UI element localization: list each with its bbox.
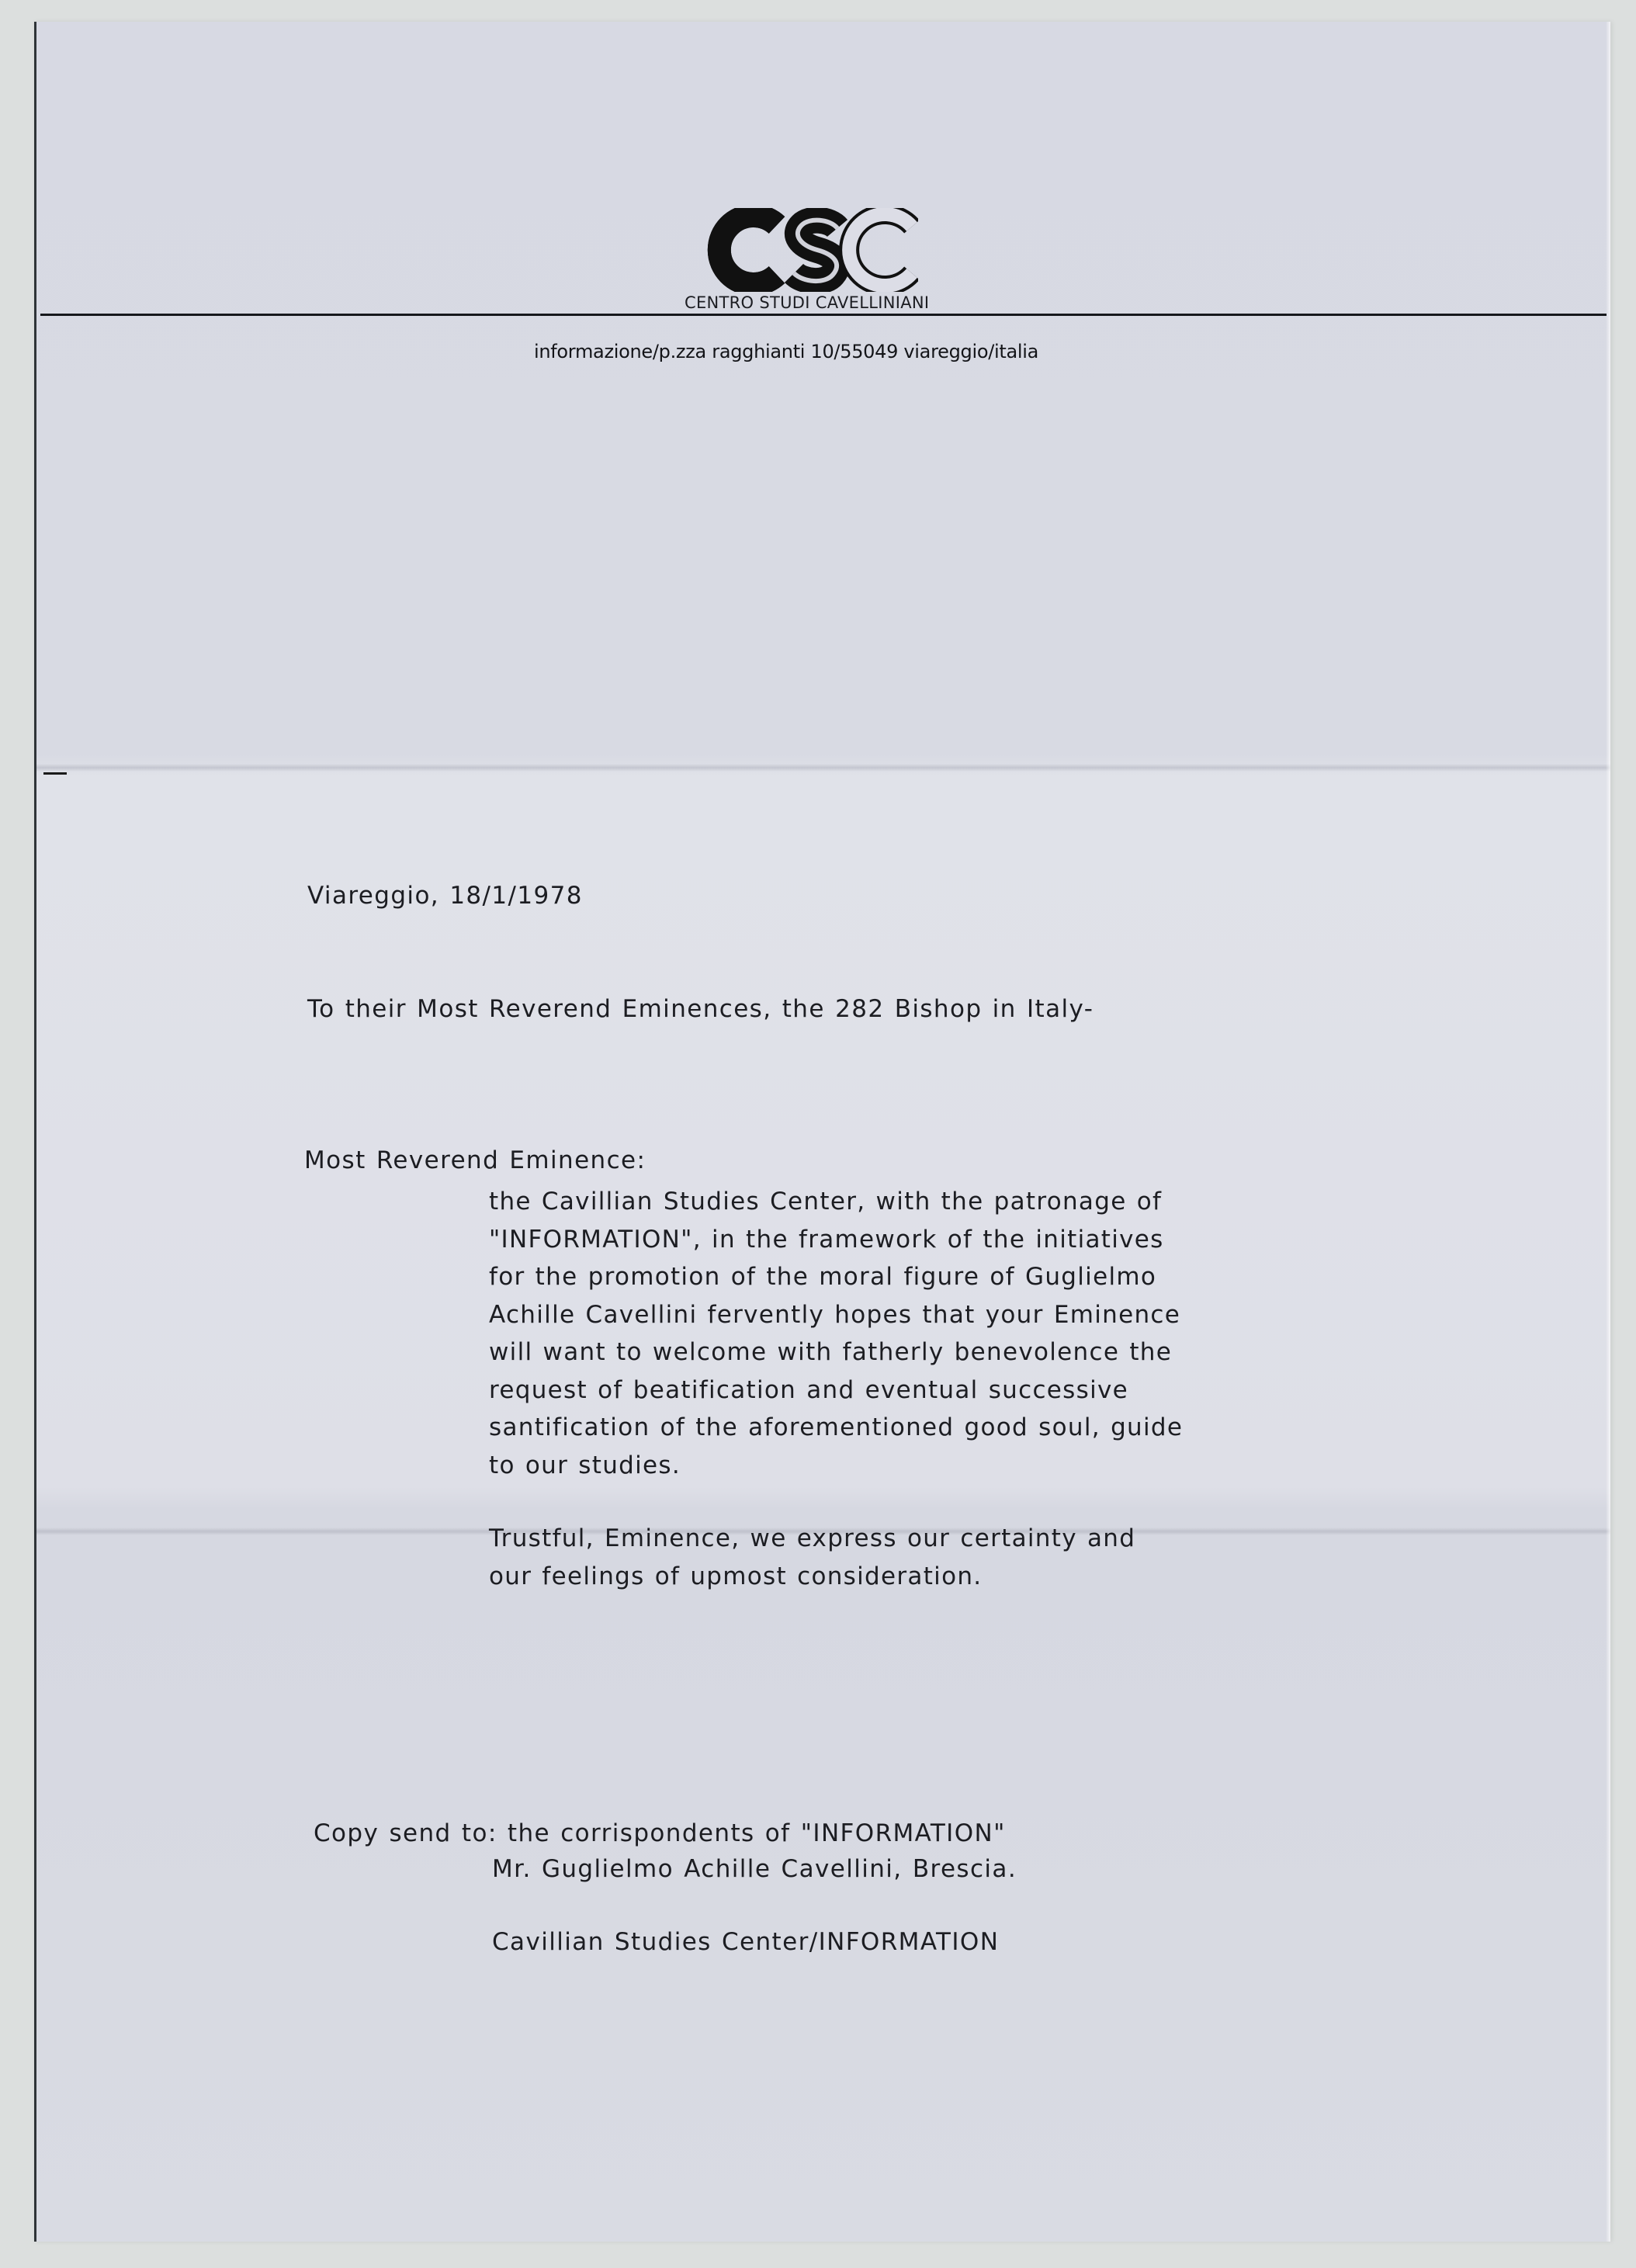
copy-to-line: Copy send to: the corrispondents of "INF… (314, 1819, 1006, 1847)
csc-logo-icon (701, 208, 918, 292)
paragraph-line: Achille Cavellini fervently hopes that y… (489, 1296, 1183, 1334)
copy-to-recipient: Mr. Guglielmo Achille Cavellini, Brescia… (492, 1855, 1017, 1883)
paragraph-line: our feelings of upmost consideration. (489, 1558, 1135, 1596)
letterhead-address: informazione/p.zza ragghianti 10/55049 v… (534, 341, 1038, 362)
paragraph-line: for the promotion of the moral figure of… (489, 1258, 1183, 1296)
paragraph-line: will want to welcome with fatherly benev… (489, 1333, 1183, 1372)
paragraph-line: request of beatification and eventual su… (489, 1372, 1183, 1410)
letter-signature: Cavillian Studies Center/INFORMATION (492, 1928, 999, 1956)
body-paragraph-2: Trustful, Eminence, we express our certa… (489, 1520, 1135, 1595)
paper-fold-upper (36, 764, 1610, 772)
body-paragraph-1: the Cavillian Studies Center, with the p… (489, 1183, 1183, 1484)
letter-recipient: To their Most Reverend Eminences, the 28… (307, 995, 1094, 1023)
paper-edge (1606, 22, 1610, 2242)
paragraph-line: santification of the aforementioned good… (489, 1409, 1183, 1447)
paragraph-line: Trustful, Eminence, we express our certa… (489, 1520, 1135, 1558)
fold-margin-mark (43, 772, 67, 775)
organization-name: CENTRO STUDI CAVELLINIANI (685, 293, 964, 312)
paragraph-line: the Cavillian Studies Center, with the p… (489, 1183, 1183, 1221)
letterhead-divider (40, 314, 1607, 316)
letter-salutation: Most Reverend Eminence: (304, 1146, 646, 1174)
paragraph-line: to our studies. (489, 1447, 1183, 1485)
letter-date: Viareggio, 18/1/1978 (307, 882, 583, 910)
paragraph-line: "INFORMATION", in the framework of the i… (489, 1221, 1183, 1259)
